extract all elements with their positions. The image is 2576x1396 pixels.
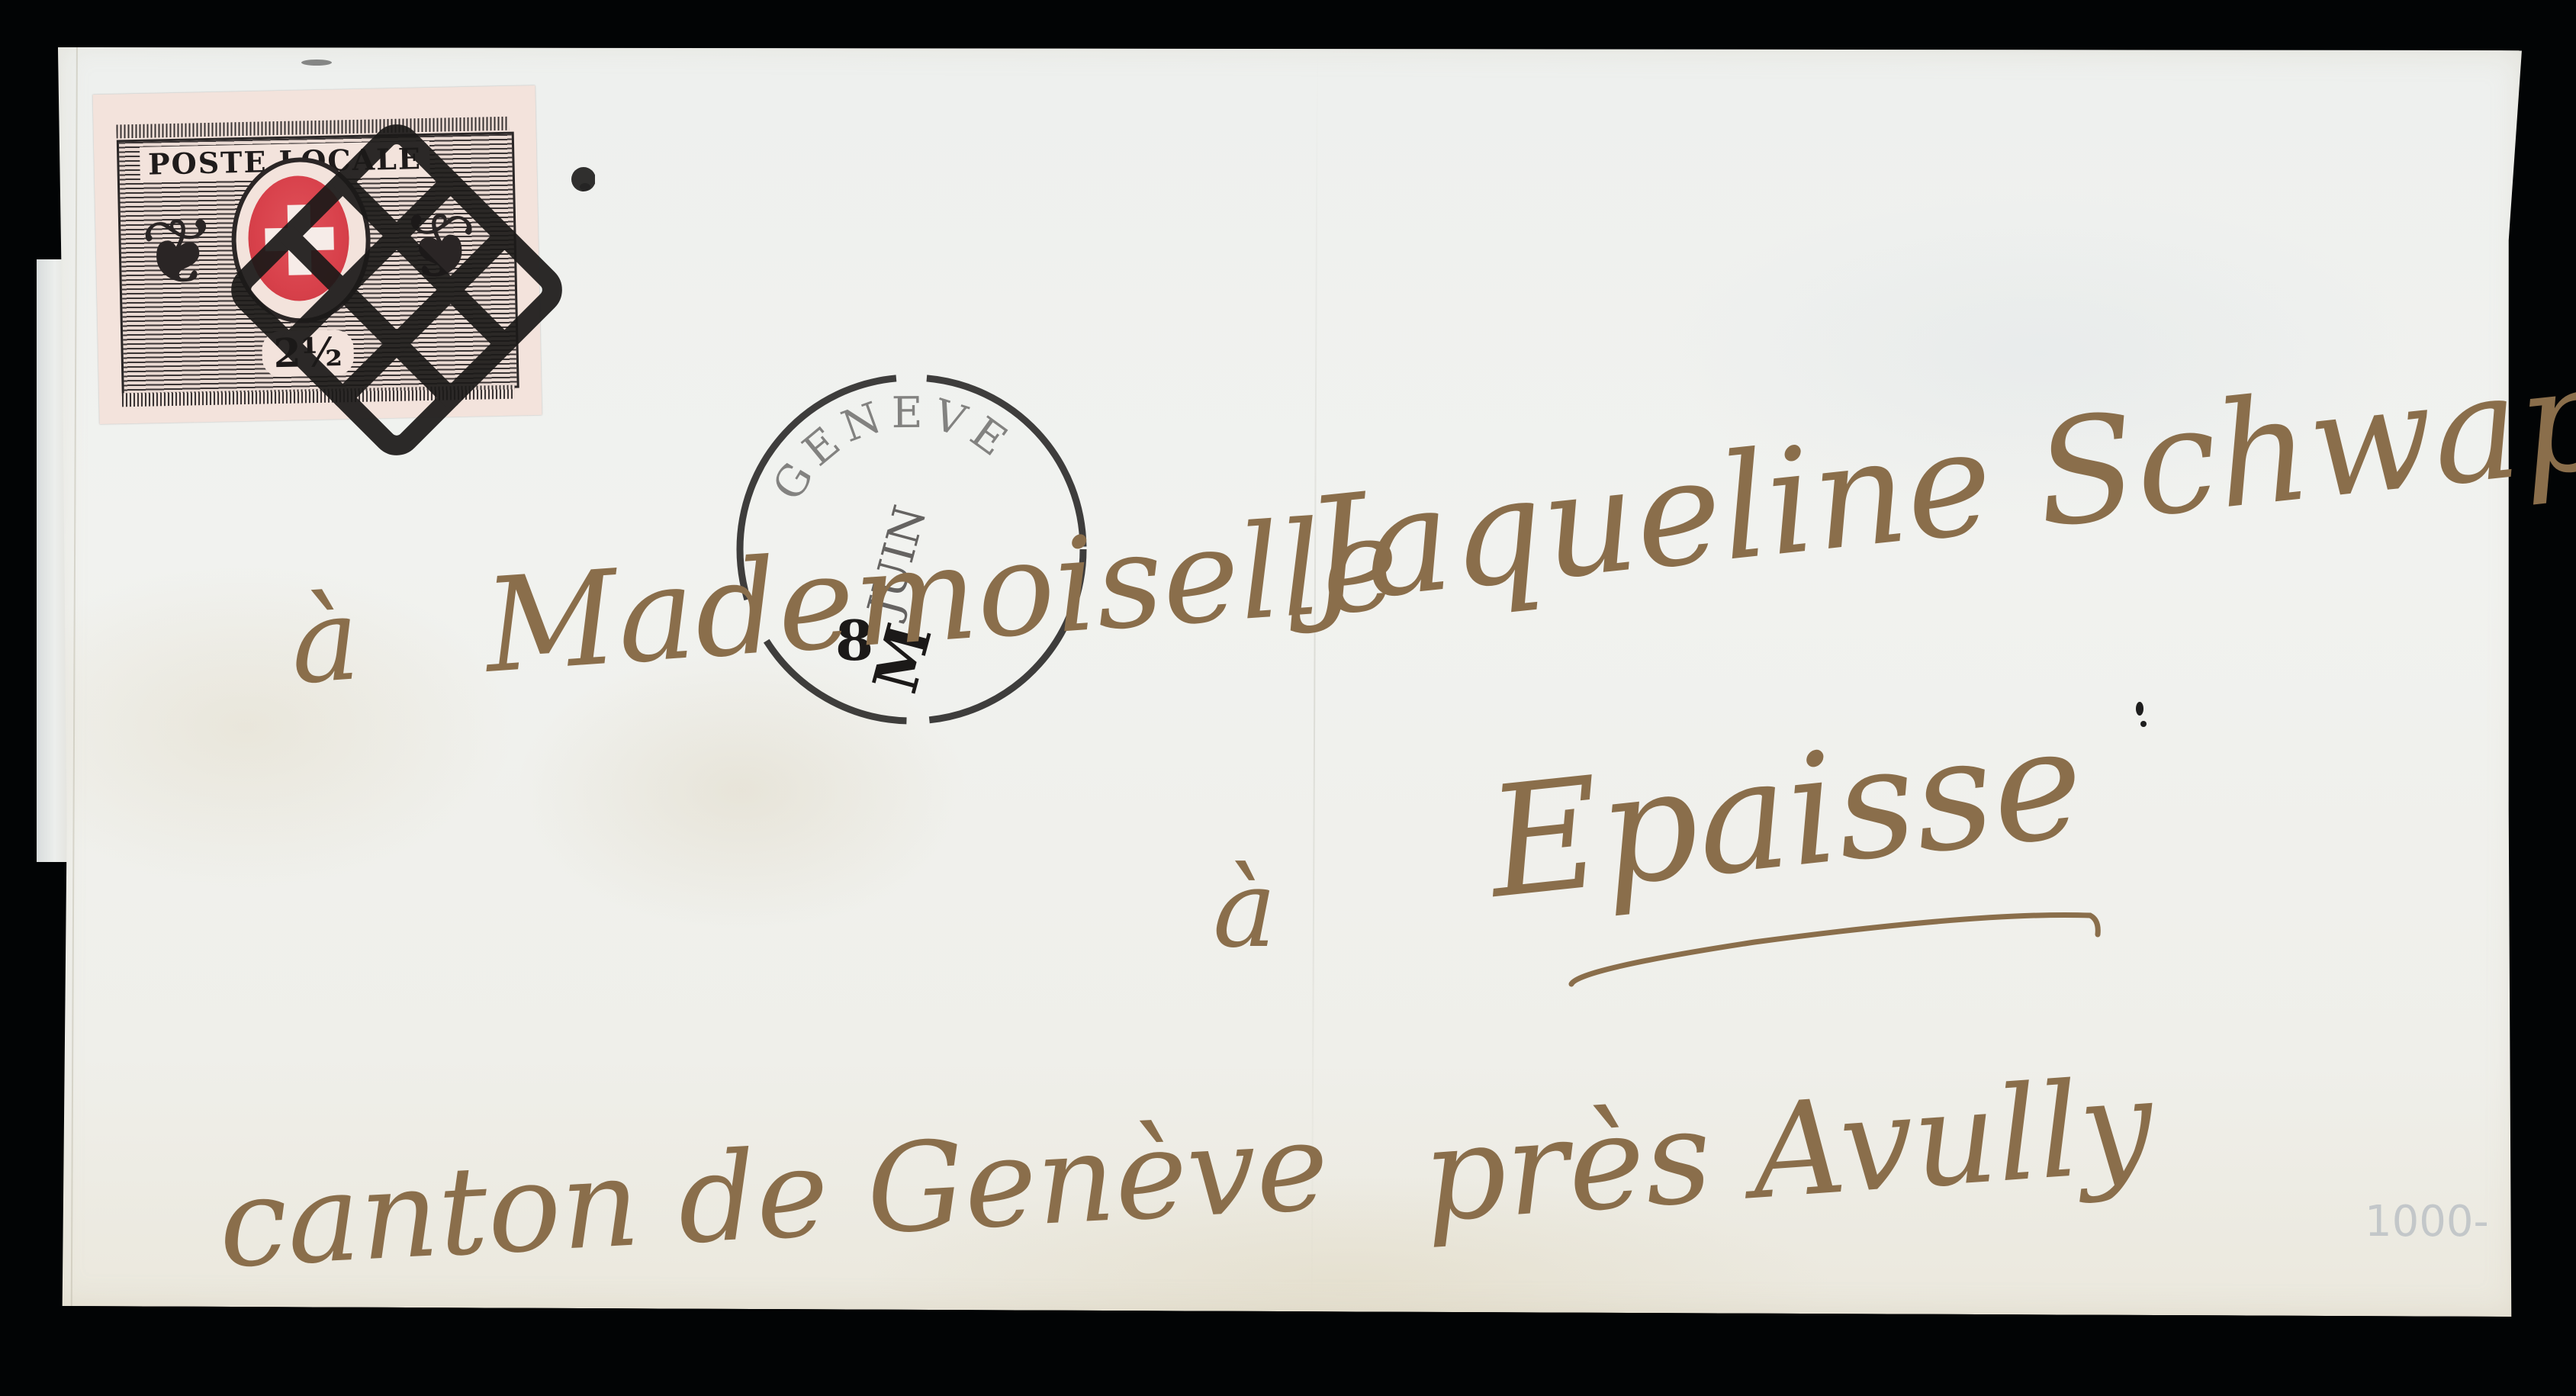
stamp-value: 2½ — [262, 330, 354, 377]
ink-speck — [301, 60, 332, 66]
ink-speck — [580, 183, 590, 191]
stamp-scroll-ornament-left: ❦ — [140, 207, 218, 300]
fold-crease-left — [71, 40, 78, 1306]
postage-stamp: POSTE LOCALE ❦ ❦ 2½ — [93, 85, 542, 424]
ink-speck — [2136, 702, 2143, 716]
stamp-scroll-ornament-right: ❦ — [400, 201, 479, 294]
fold-crease — [1311, 45, 1318, 1311]
ink-speck — [2140, 721, 2147, 727]
swiss-cross-icon-bar — [265, 227, 334, 252]
postal-cover-scene: POSTE LOCALE ❦ ❦ 2½ GENEVE JUIN 8 — [0, 0, 2576, 1396]
